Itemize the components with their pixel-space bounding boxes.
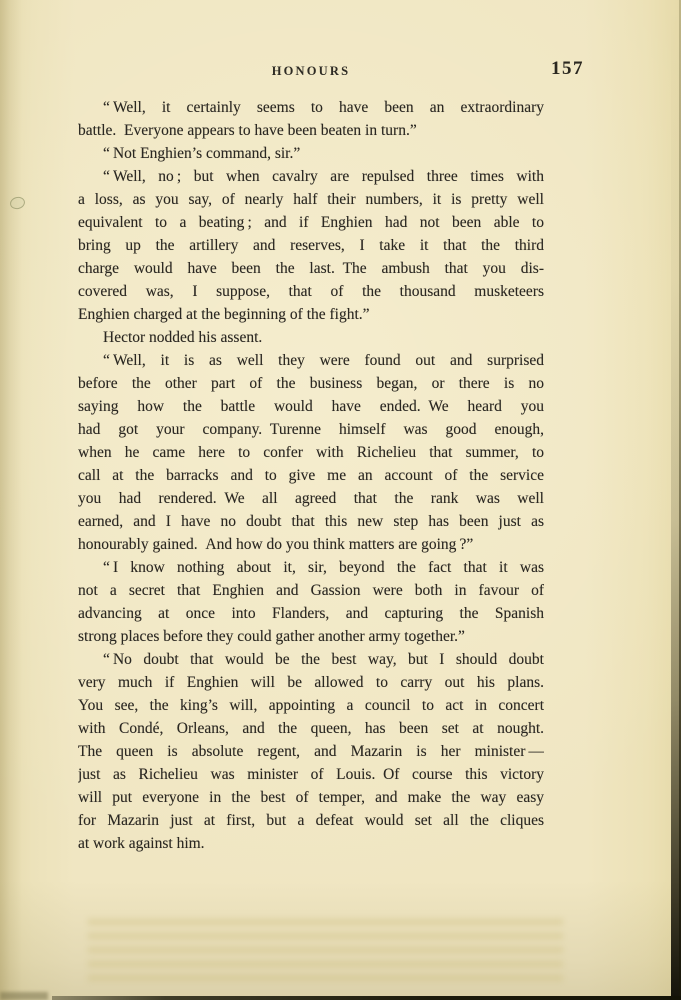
text-line: “ Well, it certainly seems to have been … [78,96,544,119]
text-line: honourably gained. And how do you think … [78,533,544,556]
text-line: will put everyone in the best of temper,… [78,786,544,809]
text-line: strong places before they could gather a… [78,625,544,648]
running-head: HONOURS [272,64,351,78]
text-line: when he came here to confer with Richeli… [78,441,544,464]
paragraph: “ Well, it is as well they were found ou… [78,349,544,556]
text-line: charge would have been the last. The amb… [78,257,544,280]
paragraph: Hector nodded his assent. [78,326,544,349]
text-line: “ Not Enghien’s command, sir.” [78,142,544,165]
text-line: very much if Enghien will be allowed to … [78,671,544,694]
book-page-edge-corner [0,992,48,1000]
text-line: a loss, as you say, of nearly half their… [78,188,544,211]
book-page-scan: HONOURS 157 “ Well, it certainly seems t… [0,0,681,1000]
text-line: “ I know nothing about it, sir, beyond t… [78,556,544,579]
text-line: The queen is absolute regent, and Mazari… [78,740,544,763]
paragraph: “ Well, no ; but when cavalry are repuls… [78,165,544,326]
text-line: with Condé, Orleans, and the queen, has … [78,717,544,740]
left-edge-shadow [0,0,22,1000]
text-line: you had rendered. We all agreed that the… [78,487,544,510]
text-line: just as Richelieu was minister of Louis.… [78,763,544,786]
text-line: “ Well, it is as well they were found ou… [78,349,544,372]
text-line: equivalent to a beating ; and if Enghien… [78,211,544,234]
text-line: “ Well, no ; but when cavalry are repuls… [78,165,544,188]
text-line: had got your company. Turenne himself wa… [78,418,544,441]
text-line: for Mazarin just at first, but a defeat … [78,809,544,832]
text-line: Hector nodded his assent. [78,326,544,349]
text-line: Enghien charged at the beginning of the … [78,303,544,326]
paragraph: “ Not Enghien’s command, sir.” [78,142,544,165]
text-line: call at the barracks and to give me an a… [78,464,544,487]
paragraph: “ I know nothing about it, sir, beyond t… [78,556,544,648]
text-line: battle. Everyone appears to have been be… [78,119,544,142]
page-text-block: “ Well, it certainly seems to have been … [78,96,544,855]
scan-streaks [88,912,563,984]
page-number: 157 [551,58,581,80]
text-line: saying how the battle would have ended. … [78,395,544,418]
paragraph: “ Well, it certainly seems to have been … [78,96,544,142]
text-line: advancing at once into Flanders, and cap… [78,602,544,625]
text-line: not a secret that Enghien and Gassion we… [78,579,544,602]
text-line: You see, the king’s will, appointing a c… [78,694,544,717]
text-line: bring up the artillery and reserves, I t… [78,234,544,257]
text-line: earned, and I have no doubt that this ne… [78,510,544,533]
text-line: “ No doubt that would be the best way, b… [78,648,544,671]
text-line: before the other part of the business be… [78,372,544,395]
running-head-row: HONOURS [78,62,544,80]
book-page-edge-bottom [52,996,681,1000]
text-line: covered was, I suppose, that of the thou… [78,280,544,303]
paragraph: “ No doubt that would be the best way, b… [78,648,544,855]
text-line: at work against him. [78,832,544,855]
